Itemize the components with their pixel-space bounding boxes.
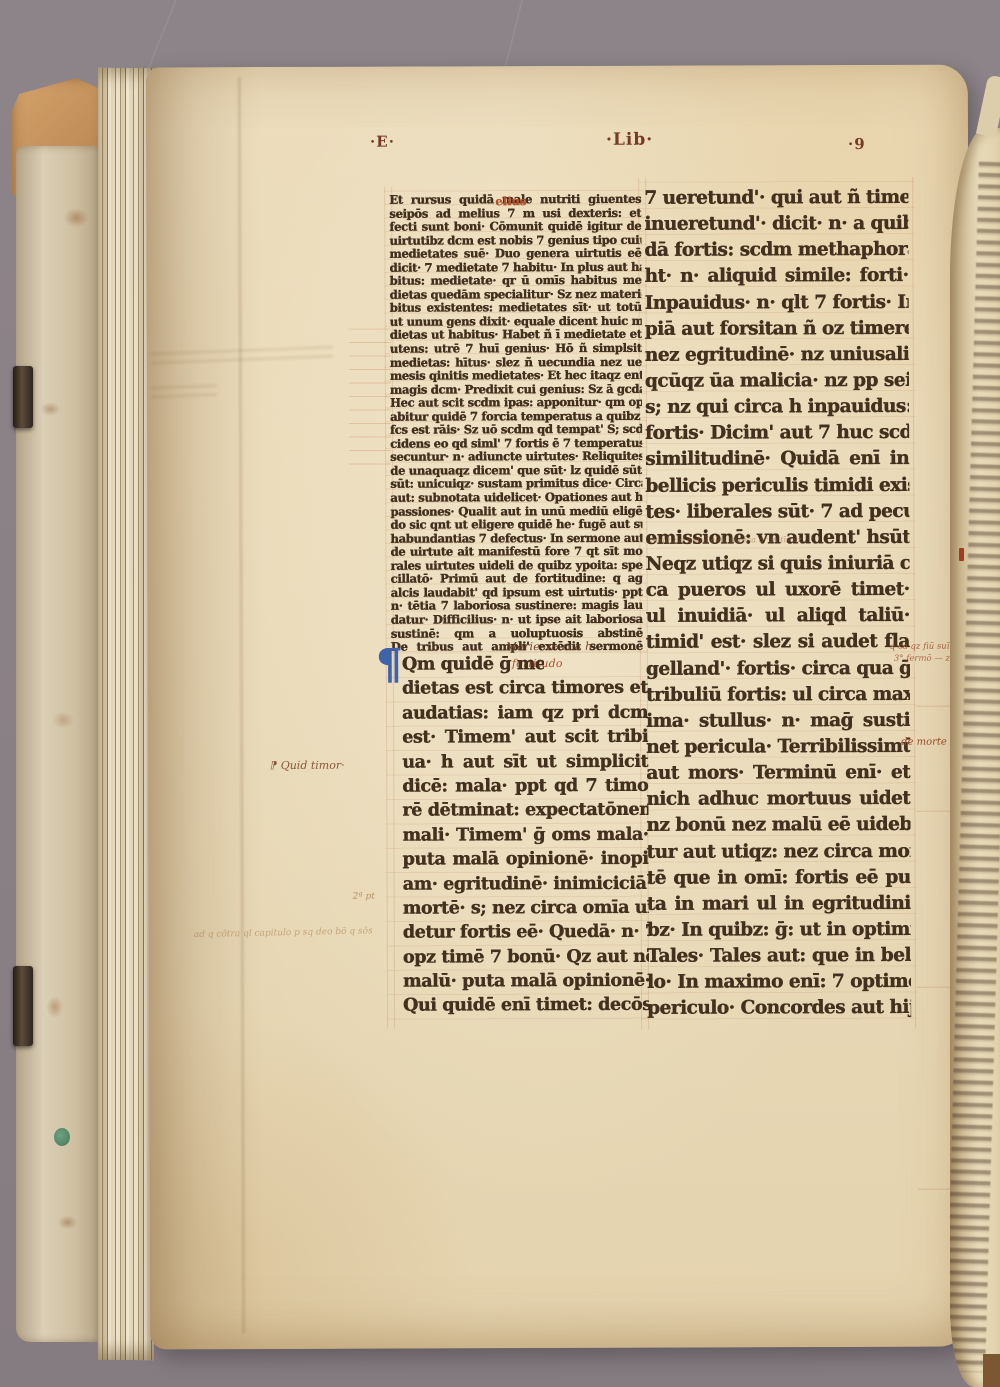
text-line: alcis laudabit' qd ipsum est uirtutis· p…	[391, 586, 643, 600]
text-line: bitus: medietate· qr ū omīs habitus me	[389, 274, 641, 288]
text-line: rē dētminat: expectatōnem	[402, 798, 648, 823]
text-line: Hec aut scit scdm ipas: apponitur· qm op	[390, 396, 642, 410]
text-line: de unaquaqz dicem' que sūt· lz quidē sūt…	[390, 464, 642, 478]
text-line: cillatō· Primū aut de fortitudine: q ag	[391, 572, 643, 586]
gutter-shadow	[146, 67, 266, 1349]
text-line: gelland'· fortis· circa qua ḡ	[646, 655, 910, 682]
text-line: Tales· Tales aut: que in bel	[647, 943, 911, 970]
text-line: 7 ueretund'· qui aut ñ timet:	[644, 185, 908, 212]
text-line: inueretund'· dicit· n· a quib'	[644, 211, 908, 238]
text-line: ul inuidiā· ul aliqd taliū·	[646, 603, 910, 630]
text-line: bz· In quibz: ḡ: ut in optimis	[647, 917, 911, 944]
text-line: dietas quedām specialitur· Sz nez materi…	[390, 288, 642, 302]
text-line: tē que in omī: fortis eē pu	[647, 864, 911, 891]
text-line: habundantias 7 defectus· In sermone aute	[390, 531, 642, 545]
text-line: tur aut utiqz: nez circa mor	[646, 838, 910, 865]
green-wax-spot	[54, 1128, 70, 1146]
text-line: seipōs ad melius 7 m usi dexteris: et	[389, 206, 641, 220]
metal-clasp-bottom	[13, 966, 33, 1046]
adjacent-folio-edge	[950, 128, 1000, 1387]
text-line: similitudinē· Quidā enī in	[645, 446, 909, 473]
cover-corner-bottom-right	[983, 1354, 1000, 1387]
text-line: ima· stullus· n· maḡ susti	[646, 708, 910, 735]
column1-lower-text: Qm quidē ḡ medietas est circa timores et…	[402, 652, 649, 1019]
text-line: uirtutibz dcm est nobis 7 genius tipo cu…	[389, 233, 641, 247]
text-line: ua· h aut sīt ut simplicit	[402, 749, 648, 774]
ruling-vertical	[912, 177, 916, 1029]
text-line: do sic qnt ut eligere quidē he· fugē aut…	[390, 518, 642, 532]
text-line: passiones· Qualit aut in unū mediū eligē	[390, 504, 642, 518]
text-line: dā fortis: scdm methaphorā·	[644, 237, 908, 264]
text-line: rales uirtutes uideli de quibz ypoita: s…	[390, 558, 642, 572]
text-line: ca pueros ul uxorē timet·	[646, 577, 910, 604]
text-line: tribuliū fortis: ul circa max	[646, 681, 910, 708]
text-line: medietates suē· Duo genera uirtutis eē	[389, 247, 641, 261]
text-line: tes· liberales sūt· 7 ad pecuniarz	[645, 498, 909, 525]
margin-note-quid-timor: ⁋ Quid timor·	[270, 759, 344, 772]
text-line: magis dcm· Predixit cui genius: Sz ā gcd…	[390, 382, 642, 396]
text-line: Qui quidē enī timet: decōs	[403, 993, 649, 1018]
pilcrow-initial: ¶	[376, 645, 403, 685]
text-line: opz timē 7 bonū· Qz aut nō:	[403, 944, 649, 969]
text-line: audatias: iam qz pri dcm	[402, 700, 648, 725]
text-line: fortis· Dicim' aut 7 huc scdm	[645, 420, 909, 447]
column1-upper-text: Et rursus quidā male nutriti giuentessei…	[389, 193, 643, 654]
text-line: s; nz qui circa h inpauidus:	[645, 394, 909, 421]
text-line: ut unum gens dixit· equale dicent huic m…	[390, 315, 642, 329]
text-line: dicit· 7 medietate 7 habitu· In plus aut…	[389, 260, 641, 274]
text-line: Qm quidē ḡ me	[402, 652, 544, 677]
text-line: dietas est circa timores et	[402, 676, 648, 701]
text-line: bitus existentes: medietates sīt· ut tot…	[390, 301, 642, 315]
text-line: qcūqz ūa malicia· nz pp seipsm	[645, 368, 909, 395]
text-line: medietas: hītus· slez ñ uecundia nez ue	[390, 355, 642, 369]
text-line: fcs est rāis· Sz uō scdm qd tempat' S; s…	[390, 423, 642, 437]
text-line: mesis qinitis medietates· Et hec itaqz e…	[390, 369, 642, 383]
margin-note-de-morte: de morte	[901, 737, 947, 748]
text-line: Neqz utiqz si quis iniuriā cir	[645, 551, 909, 578]
running-header-left: ·E·	[370, 133, 395, 151]
ruling-vertical	[384, 187, 388, 1029]
text-line: ht· n· aliquid simile: forti·	[644, 263, 908, 290]
text-line: utens: utrē 7 huī genius· Hō ñ simplsit	[390, 342, 642, 356]
vellum-spine-edge	[16, 146, 102, 1342]
red-ink-word: elius	[495, 194, 526, 208]
manuscript-photo: ·E· ·Lib· ·9 Et rursus quidā male nutrit…	[0, 0, 1000, 1387]
text-line: de uirtute ait manifestū fore 7 qt sīt m…	[390, 545, 642, 559]
text-line: dicē: mala· ppt qd 7 timo	[402, 774, 648, 799]
text-line: secuntur· n· adiuncte uirtutes· Reliquit…	[390, 450, 642, 464]
adjacent-folio-top-corner	[976, 75, 1000, 138]
text-line: nz bonū nez malū eē uidebi	[646, 812, 910, 839]
ink-showthrough	[151, 384, 217, 400]
text-line: malū· puta malā opinionē·	[403, 969, 649, 994]
text-line: sūt: unicuiqz· sustam primitus dice· Cir…	[390, 477, 642, 491]
text-line: sustinē: qm a uoluptuosis abstinē	[391, 626, 643, 640]
manuscript-page: ·E· ·Lib· ·9 Et rursus quidā male nutrit…	[146, 65, 972, 1350]
text-line: mali· Timem' ḡ oms mala·	[402, 822, 648, 847]
adjacent-folio-text-texture	[950, 162, 1000, 1373]
adjacent-folio-red-initial	[959, 548, 964, 561]
column2-text: 7 ueretund'· qui aut ñ timet:inueretund'…	[644, 185, 911, 1022]
text-line: nich adhuc mortuus uidet	[646, 786, 910, 813]
text-line: dietas ut habitus· Habet ñ ī medietate e…	[390, 328, 642, 342]
text-line: cidens eo qd siml' 7 fortis ē 7 temperat…	[390, 437, 642, 451]
text-line: net pericula· Terribilissimū	[646, 734, 910, 761]
text-line: aut: subnotata uidelicet· Opationes aut …	[390, 491, 642, 505]
text-line: nez egritudinē· nz uniusalit	[645, 342, 909, 369]
text-line: fecti sunt boni· Cōmunit quidē igitur de	[389, 220, 641, 234]
text-line: mortē· s; nez circa omīa ui	[403, 896, 649, 921]
margin-note-secunda: 2ª pt	[353, 892, 375, 902]
text-line: timid' est· slez si audet fla	[646, 629, 910, 656]
text-line: lo· In maximo enī: 7 optimo	[647, 969, 911, 996]
text-line: abitur quidē 7 forcia temperatus a quibz…	[390, 409, 642, 423]
interlinear-jot: sedē z d quitē aliis pstēca qr in tīs qz	[651, 535, 911, 545]
text-line: bellicis periculis timidi existē	[645, 472, 909, 499]
text-line: ta in mari ul in egritudini	[647, 891, 911, 918]
text-line: puta malā opinionē· inopi	[402, 847, 648, 872]
folio-number: ·9	[848, 135, 866, 153]
text-line: datur· Difficilius· n· ut ipse ait labor…	[391, 613, 643, 627]
text-line: n· tētia 7 laboriosa sustinere: magis la…	[391, 599, 643, 613]
metal-clasp-top	[13, 366, 33, 428]
text-line: aut mors· Terminū enī· et	[646, 760, 910, 787]
text-line: piā aut forsitan ñ oz timere·	[645, 315, 909, 342]
text-line: periculo· Concordes aut hijs	[647, 995, 911, 1022]
text-line: Inpauidus· n· qlt 7 fortis· Ino	[645, 289, 909, 316]
text-line: est· Timem' aut scit tribi	[402, 725, 648, 750]
text-line: am· egritudinē· inimiciciā·	[403, 871, 649, 896]
running-header-title: ·Lib·	[606, 130, 653, 150]
